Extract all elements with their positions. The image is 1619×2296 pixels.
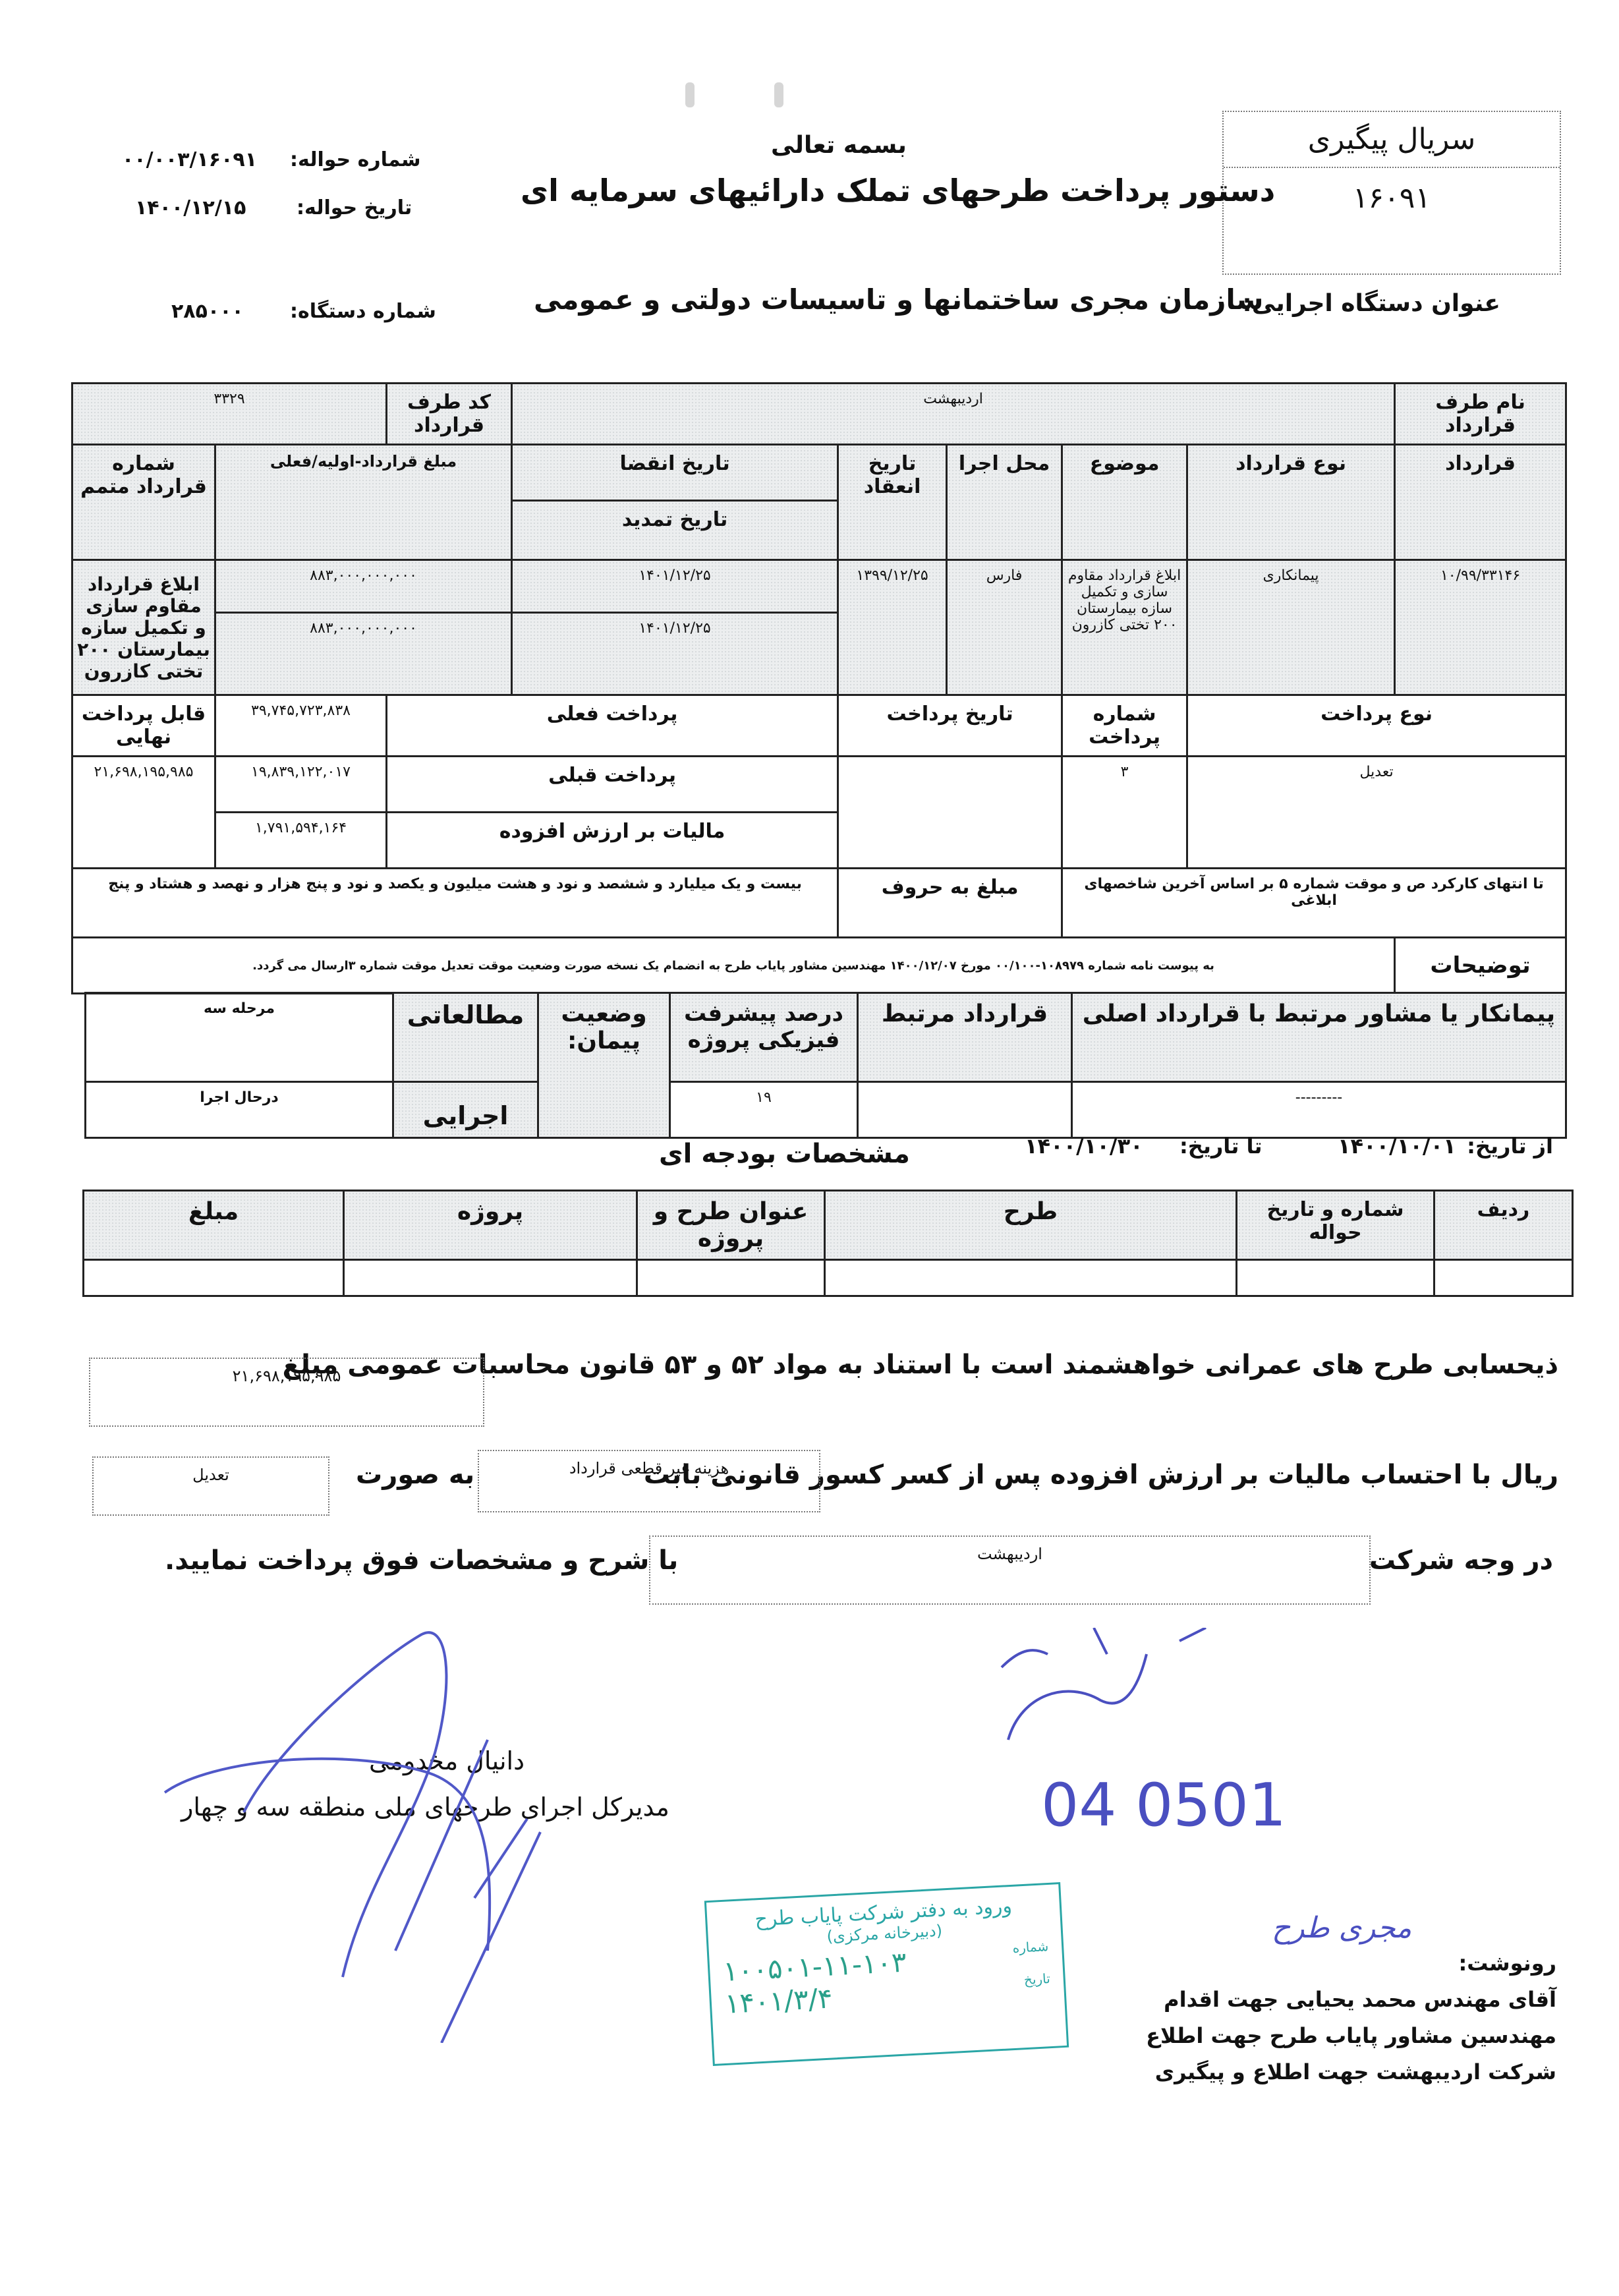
device-number: ۲۸۵۰۰۰	[171, 300, 244, 323]
budget-table: ردیف شماره و تاریخ حواله طرح عنوان طرح و…	[82, 1190, 1574, 1297]
punch-hole	[685, 82, 695, 107]
budget-header-project: پروژه	[344, 1191, 637, 1260]
remittance-number-label: شماره حواله:	[290, 148, 420, 171]
budget-table-row	[84, 1260, 1573, 1296]
payment-number-label: شماره پرداخت	[1062, 695, 1187, 757]
progress-label: درصد پیشرفت فیزیکی پروژه	[670, 993, 858, 1082]
svg-text:04 0501: 04 0501	[1041, 1771, 1286, 1839]
instruction-amount: ۲۱,۶۹۸,۱۹۵,۹۸۵	[233, 1367, 341, 1385]
payment-number: ۳	[1062, 757, 1187, 869]
header-subject: موضوع	[1062, 445, 1187, 560]
budget-to-date: ۱۴۰۰/۱۰/۳۰	[1025, 1134, 1143, 1159]
budget-cell	[1434, 1260, 1573, 1296]
study-label: مطالعاتی	[393, 993, 538, 1082]
budget-cell	[84, 1260, 344, 1296]
payment-type: تعدیل	[1187, 757, 1566, 869]
tracking-serial-label: سریال پیگیری	[1224, 112, 1560, 168]
budget-cell	[637, 1260, 825, 1296]
company-name: اردیبهشت	[977, 1545, 1042, 1563]
conclusion-date: ۱۳۹۹/۱۲/۲۵	[838, 560, 947, 695]
budget-title: مشخصات بودجه ای	[659, 1139, 910, 1169]
contract-table: نام طرف قرارداد اردیبهشت کد طرف قرارداد …	[71, 382, 1567, 994]
contract-subject: ابلاغ قرارداد مقاوم سازی و تکمیل سازه بی…	[1062, 560, 1187, 695]
bismillah: بسمه تعالی	[771, 132, 907, 159]
related-contract	[858, 1082, 1072, 1138]
contract-type: پیمانکاری	[1187, 560, 1395, 695]
page-title: دستور پرداخت طرحهای تملک دارائیهای سرمای…	[521, 173, 1275, 208]
execution-label: اجرایی	[393, 1082, 538, 1138]
notes: به پیوست نامه شماره ۱۰۸۹۷۹-۰۰/۱۰۰ مورخ ۱…	[72, 938, 1395, 994]
organization-name: سازمان مجری ساختمانها و تاسیسات دولتی و …	[534, 283, 1263, 316]
header-extension-date: تاریخ تمدید	[512, 501, 838, 560]
vat-label: مالیات بر ارزش افزوده	[387, 813, 838, 869]
budget-header-title: عنوان طرح و پروژه	[637, 1191, 825, 1260]
remittance-date: ۱۴۰۰/۱۲/۱۵	[135, 196, 246, 219]
study-value: مرحله سه	[86, 993, 393, 1082]
budget-header-plan: طرح	[825, 1191, 1237, 1260]
party-name-label: نام طرف قرارداد	[1395, 384, 1566, 445]
status-table: پیمانکار یا مشاور مرتبط با قرارداد اصلی …	[84, 992, 1567, 1139]
party-name: اردیبهشت	[512, 384, 1395, 445]
instruction-amount-box: ۲۱,۶۹۸,۱۹۵,۹۸۵	[89, 1358, 484, 1427]
signature-scribble	[145, 1582, 738, 2043]
cc-line-1: آقای مهندس محمد یحیایی جهت اقدام	[1164, 1987, 1556, 2012]
amount-in-words: بیست و یک میلیارد و ششصد و نود و هشت میل…	[72, 869, 838, 938]
vat-amount: ۱,۷۹۱,۵۹۴,۱۶۴	[215, 813, 387, 869]
payment-type-label: نوع پرداخت	[1187, 695, 1566, 757]
party-code: ۳۳۲۹	[72, 384, 387, 445]
punch-hole	[774, 82, 783, 107]
previous-payment: ۱۹,۸۳۹,۱۲۲,۰۱۷	[215, 757, 387, 813]
final-payable-label: قابل پرداخت نهایی	[72, 695, 215, 757]
budget-cell	[825, 1260, 1237, 1296]
supplement-description: ابلاغ قرارداد مقاوم سازی و تکمیل سازه بی…	[72, 560, 215, 695]
cost-type-box: هزینه غیر قطعی قرارداد	[478, 1450, 820, 1512]
related-party: ---------	[1072, 1082, 1566, 1138]
budget-from-label: از تاریخ:	[1467, 1134, 1553, 1159]
previous-payment-label: پرداخت قبلی	[387, 757, 838, 813]
budget-header-row: ردیف	[1434, 1191, 1573, 1260]
instruction-line-3-end: با شرح و مشخصات فوق پرداخت نمایید.	[165, 1545, 678, 1576]
header-conclusion-date: تاریخ انعقاد	[838, 445, 947, 560]
cost-type: هزینه غیر قطعی قرارداد	[569, 1459, 729, 1478]
cc-line-3: شرکت اردیبهشت جهت اطلاع و پیگیری	[1155, 2059, 1556, 2084]
stamp-date-label: تاریخ	[1023, 1970, 1051, 2004]
expiry-date: ۱۴۰۱/۱۲/۲۵	[512, 560, 838, 613]
extension-date: ۱۴۰۱/۱۲/۲۵	[512, 613, 838, 695]
cc-label: رونوشت:	[1458, 1951, 1556, 1976]
remittance-date-label: تاریخ حواله:	[297, 196, 412, 219]
payment-date-label: تاریخ پرداخت	[838, 695, 1062, 757]
remittance-number: ۰۰/۰۰۳/۱۶۰۹۱	[122, 148, 257, 171]
as-value-box: تعدیل	[92, 1456, 329, 1516]
contract-status-label: وضعیت پیمان:	[538, 993, 670, 1138]
organization-label: عنوان دستگاه اجرایی:	[1242, 290, 1500, 317]
notes-label: توضیحات	[1395, 938, 1566, 994]
budget-cell	[344, 1260, 637, 1296]
header-amount: مبلغ قرارداد-اولیه/فعلی	[215, 445, 512, 560]
budget-to-label: تا تاریخ:	[1179, 1134, 1263, 1159]
contract-location: فارس	[947, 560, 1062, 695]
handwritten-note: 04 0501	[969, 1628, 1338, 1839]
header-contract-type: نوع قرارداد	[1187, 445, 1395, 560]
instruction-line-3-start: در وجه شرکت	[1369, 1545, 1553, 1576]
stamp-number-label: شماره	[1012, 1938, 1050, 1972]
header-contract: قرارداد	[1395, 445, 1566, 560]
header-expiry-date: تاریخ انقضا	[512, 445, 838, 501]
cc-handwritten: مجری طرح	[1272, 1911, 1411, 1945]
header-location: محل اجرا	[947, 445, 1062, 560]
payment-basis: تا انتهای کارکرد ص و موقت شماره ۵ بر اسا…	[1062, 869, 1566, 938]
budget-header-amount: مبلغ	[84, 1191, 344, 1260]
payment-date	[838, 757, 1062, 869]
current-payment-label: پرداخت فعلی	[387, 695, 838, 757]
cc-line-2: مهندسین مشاور پایاب طرح جهت اطلاع	[1146, 2023, 1556, 2048]
related-party-label: پیمانکار یا مشاور مرتبط با قرارداد اصلی	[1072, 993, 1566, 1082]
budget-cell	[1237, 1260, 1434, 1296]
amount-in-words-label: مبلغ به حروف	[838, 869, 1062, 938]
as-label: به صورت	[356, 1460, 474, 1490]
amount-initial: ۸۸۳,۰۰۰,۰۰۰,۰۰۰	[215, 560, 512, 613]
contract-number: ۱۰/۹۹/۳۳۱۴۶	[1395, 560, 1566, 695]
header-supplement: شماره قرارداد متمم	[72, 445, 215, 560]
progress-value: ۱۹	[670, 1082, 858, 1138]
final-payable: ۲۱,۶۹۸,۱۹۵,۹۸۵	[72, 757, 215, 869]
amount-current: ۸۸۳,۰۰۰,۰۰۰,۰۰۰	[215, 613, 512, 695]
execution-value: درحال اجرا	[86, 1082, 393, 1138]
company-box: اردیبهشت	[649, 1535, 1371, 1605]
device-number-label: شماره دستگاه:	[290, 300, 436, 323]
stamp-date: ۱۴۰۱/۳/۴	[724, 1982, 834, 2019]
current-payment: ۳۹,۷۴۵,۷۲۳,۸۳۸	[215, 695, 387, 757]
budget-from-date: ۱۴۰۰/۱۰/۰۱	[1338, 1134, 1456, 1159]
related-contract-label: قرارداد مرتبط	[858, 993, 1072, 1082]
party-code-label: کد طرف قرارداد	[387, 384, 512, 445]
entry-stamp: ورود به دفتر شرکت پایاب طرح (دبیرخانه مر…	[704, 1882, 1069, 2066]
budget-header-remittance: شماره و تاریخ حواله	[1237, 1191, 1434, 1260]
as-value: تعدیل	[192, 1466, 229, 1484]
